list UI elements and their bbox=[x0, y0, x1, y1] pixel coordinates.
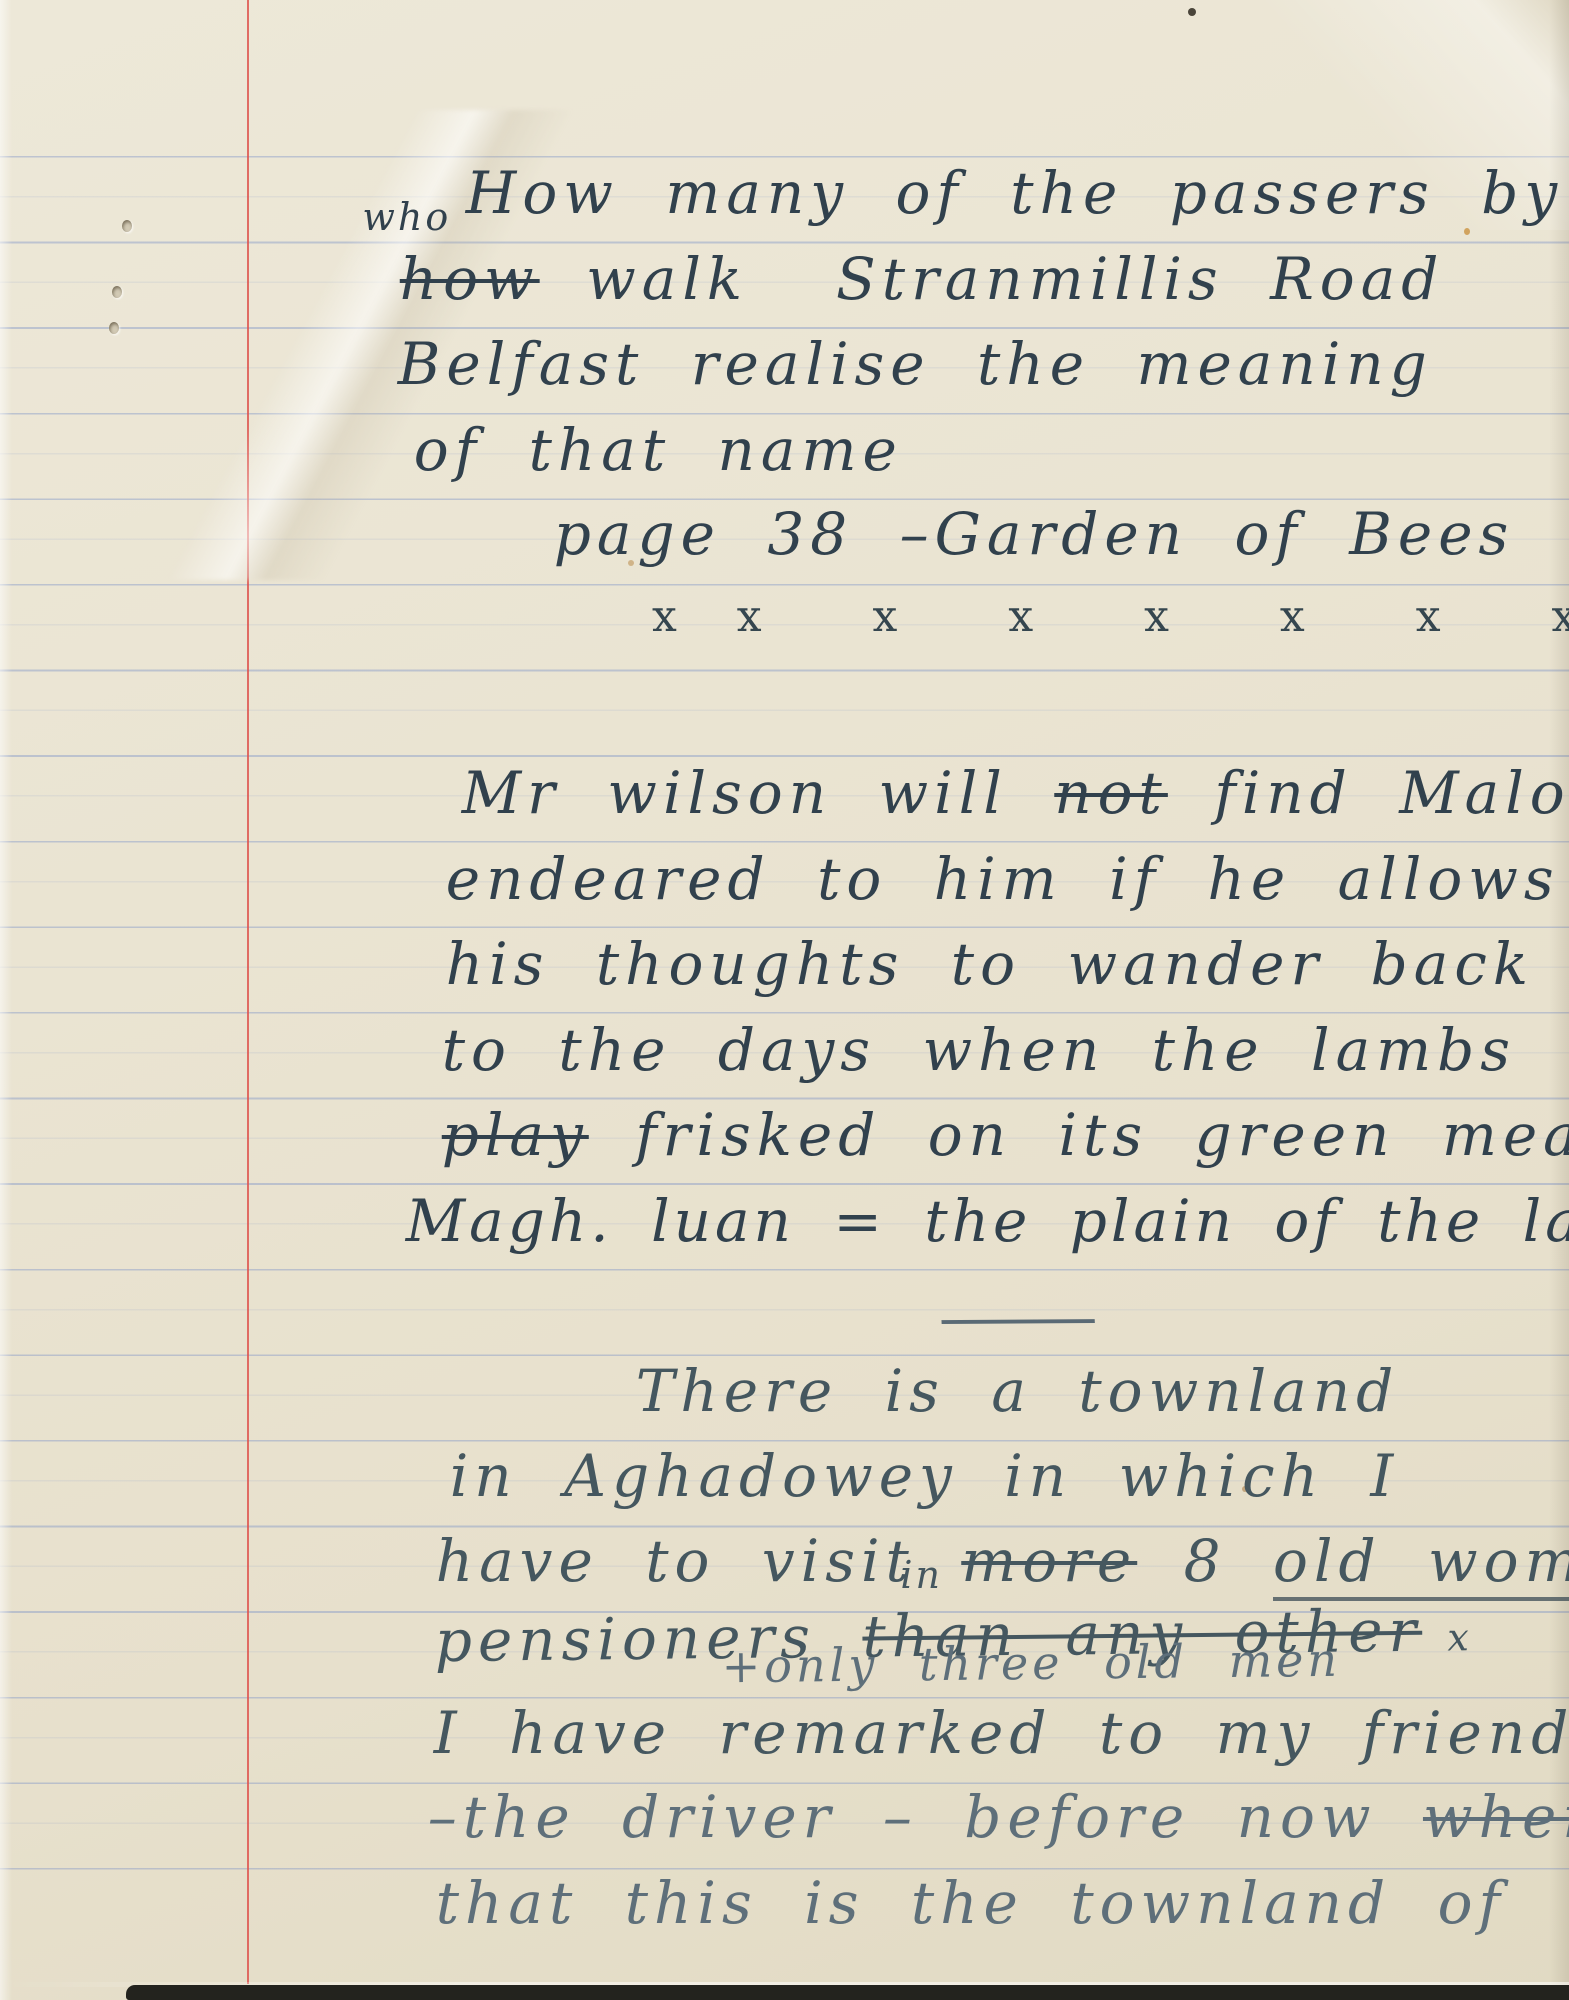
pin-hole bbox=[122, 220, 132, 232]
pin-hole bbox=[112, 286, 122, 298]
x-marks-row: x x x x x x x x x x bbox=[448, 548, 1569, 687]
notebook-page: How many of the passers by who how walkS… bbox=[0, 0, 1569, 2000]
line-text: that this is the townland of bbox=[436, 1869, 1506, 1937]
ink-speck bbox=[1188, 8, 1196, 16]
insert-text: in bbox=[900, 1553, 943, 1597]
pin-hole bbox=[109, 322, 119, 334]
x-marks: x x x x x x x x x x bbox=[652, 591, 1569, 642]
scan-background-bottom bbox=[126, 1985, 1569, 2000]
page-left-edge bbox=[0, 0, 12, 2000]
handwritten-line-townland-of: that this is the townland of bbox=[250, 1812, 1506, 1995]
